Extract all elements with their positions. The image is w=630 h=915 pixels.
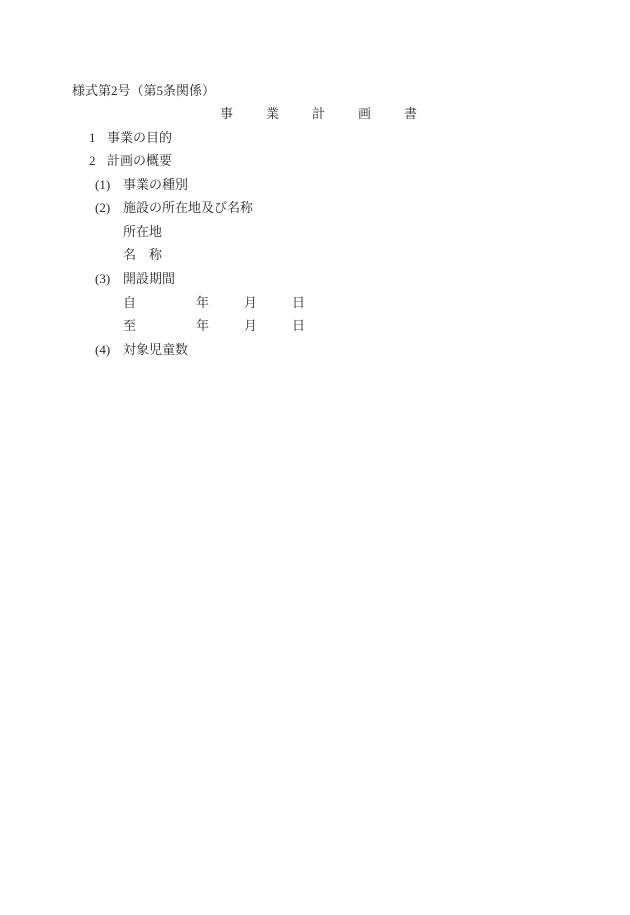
document-title: 事業計画書 (220, 107, 450, 120)
subsection-4-label: 対象児童数 (123, 343, 188, 356)
section-1-line: 1 事業の目的 (0, 131, 630, 149)
name-line: 名 称 (0, 248, 630, 266)
period-from-line: 自 年 月 日 (0, 296, 630, 314)
subsection-2-number: (2) (95, 201, 110, 214)
subsection-4-number: (4) (95, 343, 110, 356)
subsection-1-label: 事業の種別 (123, 178, 188, 191)
subsection-2-label: 施設の所在地及び名称 (123, 201, 253, 214)
subsection-4-line: (4) 対象児童数 (0, 343, 630, 361)
subsection-2-line: (2) 施設の所在地及び名称 (0, 201, 630, 219)
address-line: 所在地 (0, 225, 630, 243)
address-label: 所在地 (123, 225, 162, 238)
section-1-label: 事業の目的 (107, 131, 172, 144)
document-title-line: 事業計画書 (0, 107, 630, 125)
period-to-prefix: 至 (123, 319, 136, 332)
period-to-year-unit: 年 (196, 319, 209, 332)
period-from-prefix: 自 (123, 296, 136, 309)
period-to-line: 至 年 月 日 (0, 319, 630, 337)
form-number-label: 様式第2号（第5条関係） (72, 84, 215, 97)
section-1-number: 1 (89, 131, 96, 144)
subsection-1-number: (1) (95, 178, 110, 191)
section-2-line: 2 計画の概要 (0, 154, 630, 172)
period-to-day-unit: 日 (292, 319, 305, 332)
section-2-number: 2 (89, 154, 96, 167)
period-from-year-unit: 年 (196, 296, 209, 309)
form-page: 様式第2号（第5条関係） 事業計画書 1 事業の目的 2 計画の概要 (1) 事… (0, 0, 630, 915)
name-label: 名 称 (123, 248, 162, 261)
period-from-month-unit: 月 (244, 296, 257, 309)
section-2-label: 計画の概要 (107, 154, 172, 167)
form-number-line: 様式第2号（第5条関係） (0, 84, 630, 102)
subsection-3-line: (3) 開設期間 (0, 272, 630, 290)
subsection-1-line: (1) 事業の種別 (0, 178, 630, 196)
subsection-3-label: 開設期間 (123, 272, 175, 285)
period-from-day-unit: 日 (292, 296, 305, 309)
subsection-3-number: (3) (95, 272, 110, 285)
period-to-month-unit: 月 (244, 319, 257, 332)
